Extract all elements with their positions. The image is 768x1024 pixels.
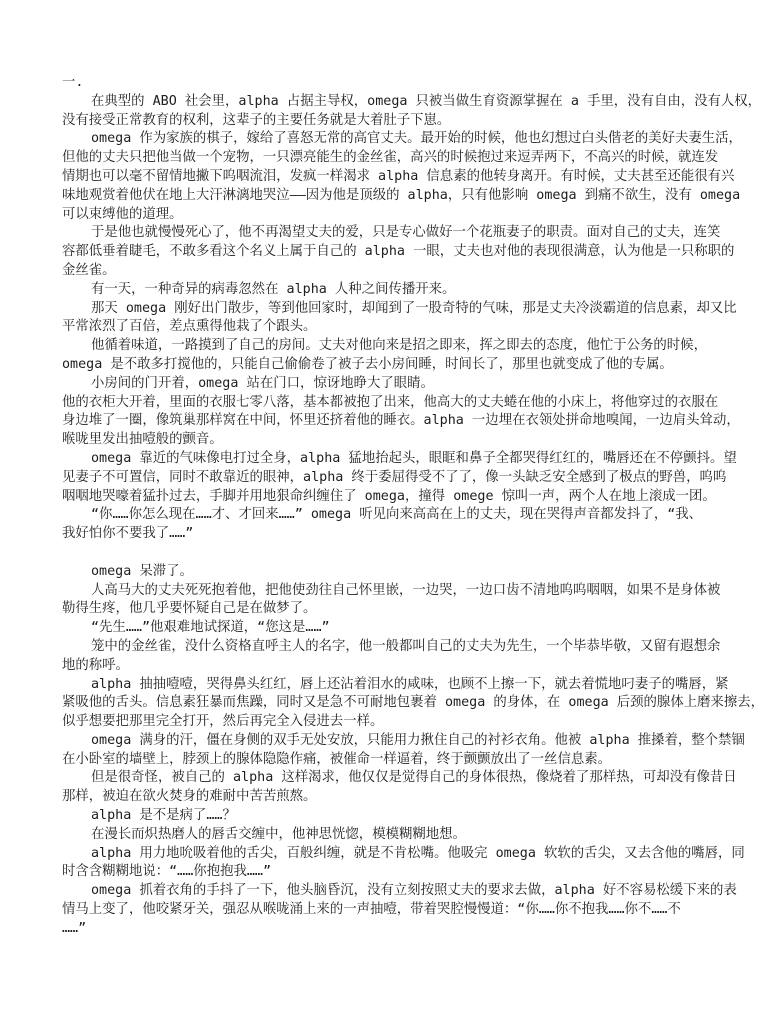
text-line: 见妻子不可置信，同时不敢靠近的眼神，alpha 终于委屈得受不了了，像一头缺乏安…: [62, 469, 714, 488]
text-line: ……”: [62, 920, 714, 939]
text-line: 情期也可以毫不留情地撇下呜咽流泪，发疯一样渴求 alpha 信息素的他转身离开。…: [62, 168, 714, 187]
text-line: 金丝雀。: [62, 262, 714, 281]
text-line: alpha 抽抽噎噎，哭得鼻头红红，唇上还沾着泪水的咸味，也顾不上擦一下，就去着…: [62, 676, 714, 695]
text-line: 小房间的门开着，omega 站在门口，惊讶地睁大了眼睛。: [62, 375, 714, 394]
text-line: 紧吸他的舌头。信息素狂暴而焦躁，同时又是急不可耐地包裹着 omega 的身体，在…: [62, 694, 714, 713]
text-line: 那天 omega 刚好出门散步，等到他回家时，却闻到了一股奇特的气味，那是丈夫冷…: [62, 300, 714, 319]
text-line: 喉咙里发出抽噎般的颤音。: [62, 431, 714, 450]
text-line: omega 满身的汗，僵在身侧的双手无处安放，只能用力揪住自己的衬衫衣角。他被 …: [62, 732, 714, 751]
text-line: 情马上变了，他咬紧牙关，强忍从喉咙涌上来的一声抽噎，带着哭腔慢慢道：“你……你不…: [62, 901, 714, 920]
text-line: omega 是不敢多打搅他的，只能自己偷偷卷了被子去小房间睡，时间长了，那里也就…: [62, 356, 714, 375]
text-line: “你……你怎么现在……才、才回来……” omega 听见向来高高在上的丈夫，现在…: [62, 506, 714, 525]
text-line: 他循着味道，一路摸到了自己的房间。丈夫对他向来是招之即来，挥之即去的态度，他忙于…: [62, 337, 714, 356]
text-line: 但他的丈夫只把他当做一个宠物，一只漂亮能生的金丝雀，高兴的时候抱过来逗弄两下，不…: [62, 149, 714, 168]
text-line: alpha 用力地吮吸着他的舌尖，百般纠缠，就是不肯松嘴。他吸完 omega 软…: [62, 845, 714, 864]
text-line: 地的称呼。: [62, 657, 714, 676]
text-line: 但是很奇怪，被自己的 alpha 这样渴求，他仅仅是觉得自己的身体很热，像烧着了…: [62, 769, 714, 788]
text-line: 他的衣柜大开着，里面的衣服七零八落，基本都被抱了出来，他高大的丈夫蜷在他的小床上…: [62, 394, 714, 413]
text-line: 一.: [62, 74, 714, 93]
text-line: omega 作为家族的棋子，嫁给了喜怒无常的高官丈夫。最开始的时候，他也幻想过白…: [62, 130, 714, 149]
blank-line: [62, 544, 714, 563]
text-line: 似乎想要把那里完全打开，然后再完全入侵进去一样。: [62, 713, 714, 732]
document-page: 一.在典型的 ABO 社会里，alpha 占据主导权，omega 只被当做生育资…: [0, 0, 768, 1024]
text-line: 咽咽地哭嚎着猛扑过去，手脚并用地狠命纠缠住了 omega，撞得 omege 惊叫…: [62, 488, 714, 507]
text-line: alpha 是不是病了……？: [62, 807, 714, 826]
text-line: 我好怕你不要我了……”: [62, 525, 714, 544]
text-line: 在漫长而炽热磨人的唇舌交缠中，他神思恍惚，模模糊糊地想。: [62, 826, 714, 845]
page-text: 一.在典型的 ABO 社会里，alpha 占据主导权，omega 只被当做生育资…: [62, 74, 714, 939]
text-line: 那样，被迫在欲火焚身的难耐中苦苦煎熬。: [62, 788, 714, 807]
text-line: 味地观赏着他伏在地上大汗淋漓地哭泣——因为他是顶级的 alpha，只有他影响 o…: [62, 187, 714, 206]
text-line: omega 呆滞了。: [62, 563, 714, 582]
text-line: 于是他也就慢慢死心了，他不再渴望丈夫的爱，只是专心做好一个花瓶妻子的职责。面对自…: [62, 224, 714, 243]
text-line: 勒得生疼，他几乎要怀疑自己是在做梦了。: [62, 600, 714, 619]
text-line: 可以束缚他的道理。: [62, 206, 714, 225]
text-line: 容都低垂着睫毛，不敢多看这个名义上属于自己的 alpha 一眼，丈夫也对他的表现…: [62, 243, 714, 262]
text-line: 没有接受正常教育的权利，这辈子的主要任务就是大着肚子下崽。: [62, 112, 714, 131]
text-line: 有一天，一种奇异的病毒忽然在 alpha 人种之间传播开来。: [62, 281, 714, 300]
text-line: 在小卧室的墙壁上，脖颈上的腺体隐隐作痛，被催命一样逼着，终于颤颤放出了一丝信息素…: [62, 751, 714, 770]
text-line: 人高马大的丈夫死死抱着他，把他使劲往自己怀里嵌，一边哭，一边口齿不清地呜呜咽咽，…: [62, 582, 714, 601]
text-line: 时含含糊糊地说：“……你抱抱我……”: [62, 863, 714, 882]
text-line: omega 抓着衣角的手抖了一下，他头脑昏沉，没有立刻按照丈夫的要求去做，alp…: [62, 882, 714, 901]
text-line: 笼中的金丝雀，没什么资格直呼主人的名字，他一般都叫自己的丈夫为先生，一个毕恭毕敬…: [62, 638, 714, 657]
text-line: 身边堆了一圈，像筑巢那样窝在中间，怀里还挤着他的睡衣。alpha 一边埋在衣领处…: [62, 412, 714, 431]
text-line: omega 靠近的气味像电打过全身，alpha 猛地抬起头，眼眶和鼻子全都哭得红…: [62, 450, 714, 469]
text-line: 平常浓烈了百倍，差点熏得他栽了个跟头。: [62, 318, 714, 337]
text-line: 在典型的 ABO 社会里，alpha 占据主导权，omega 只被当做生育资源掌…: [62, 93, 714, 112]
text-line: “先生……”他艰难地试探道，“您这是……”: [62, 619, 714, 638]
